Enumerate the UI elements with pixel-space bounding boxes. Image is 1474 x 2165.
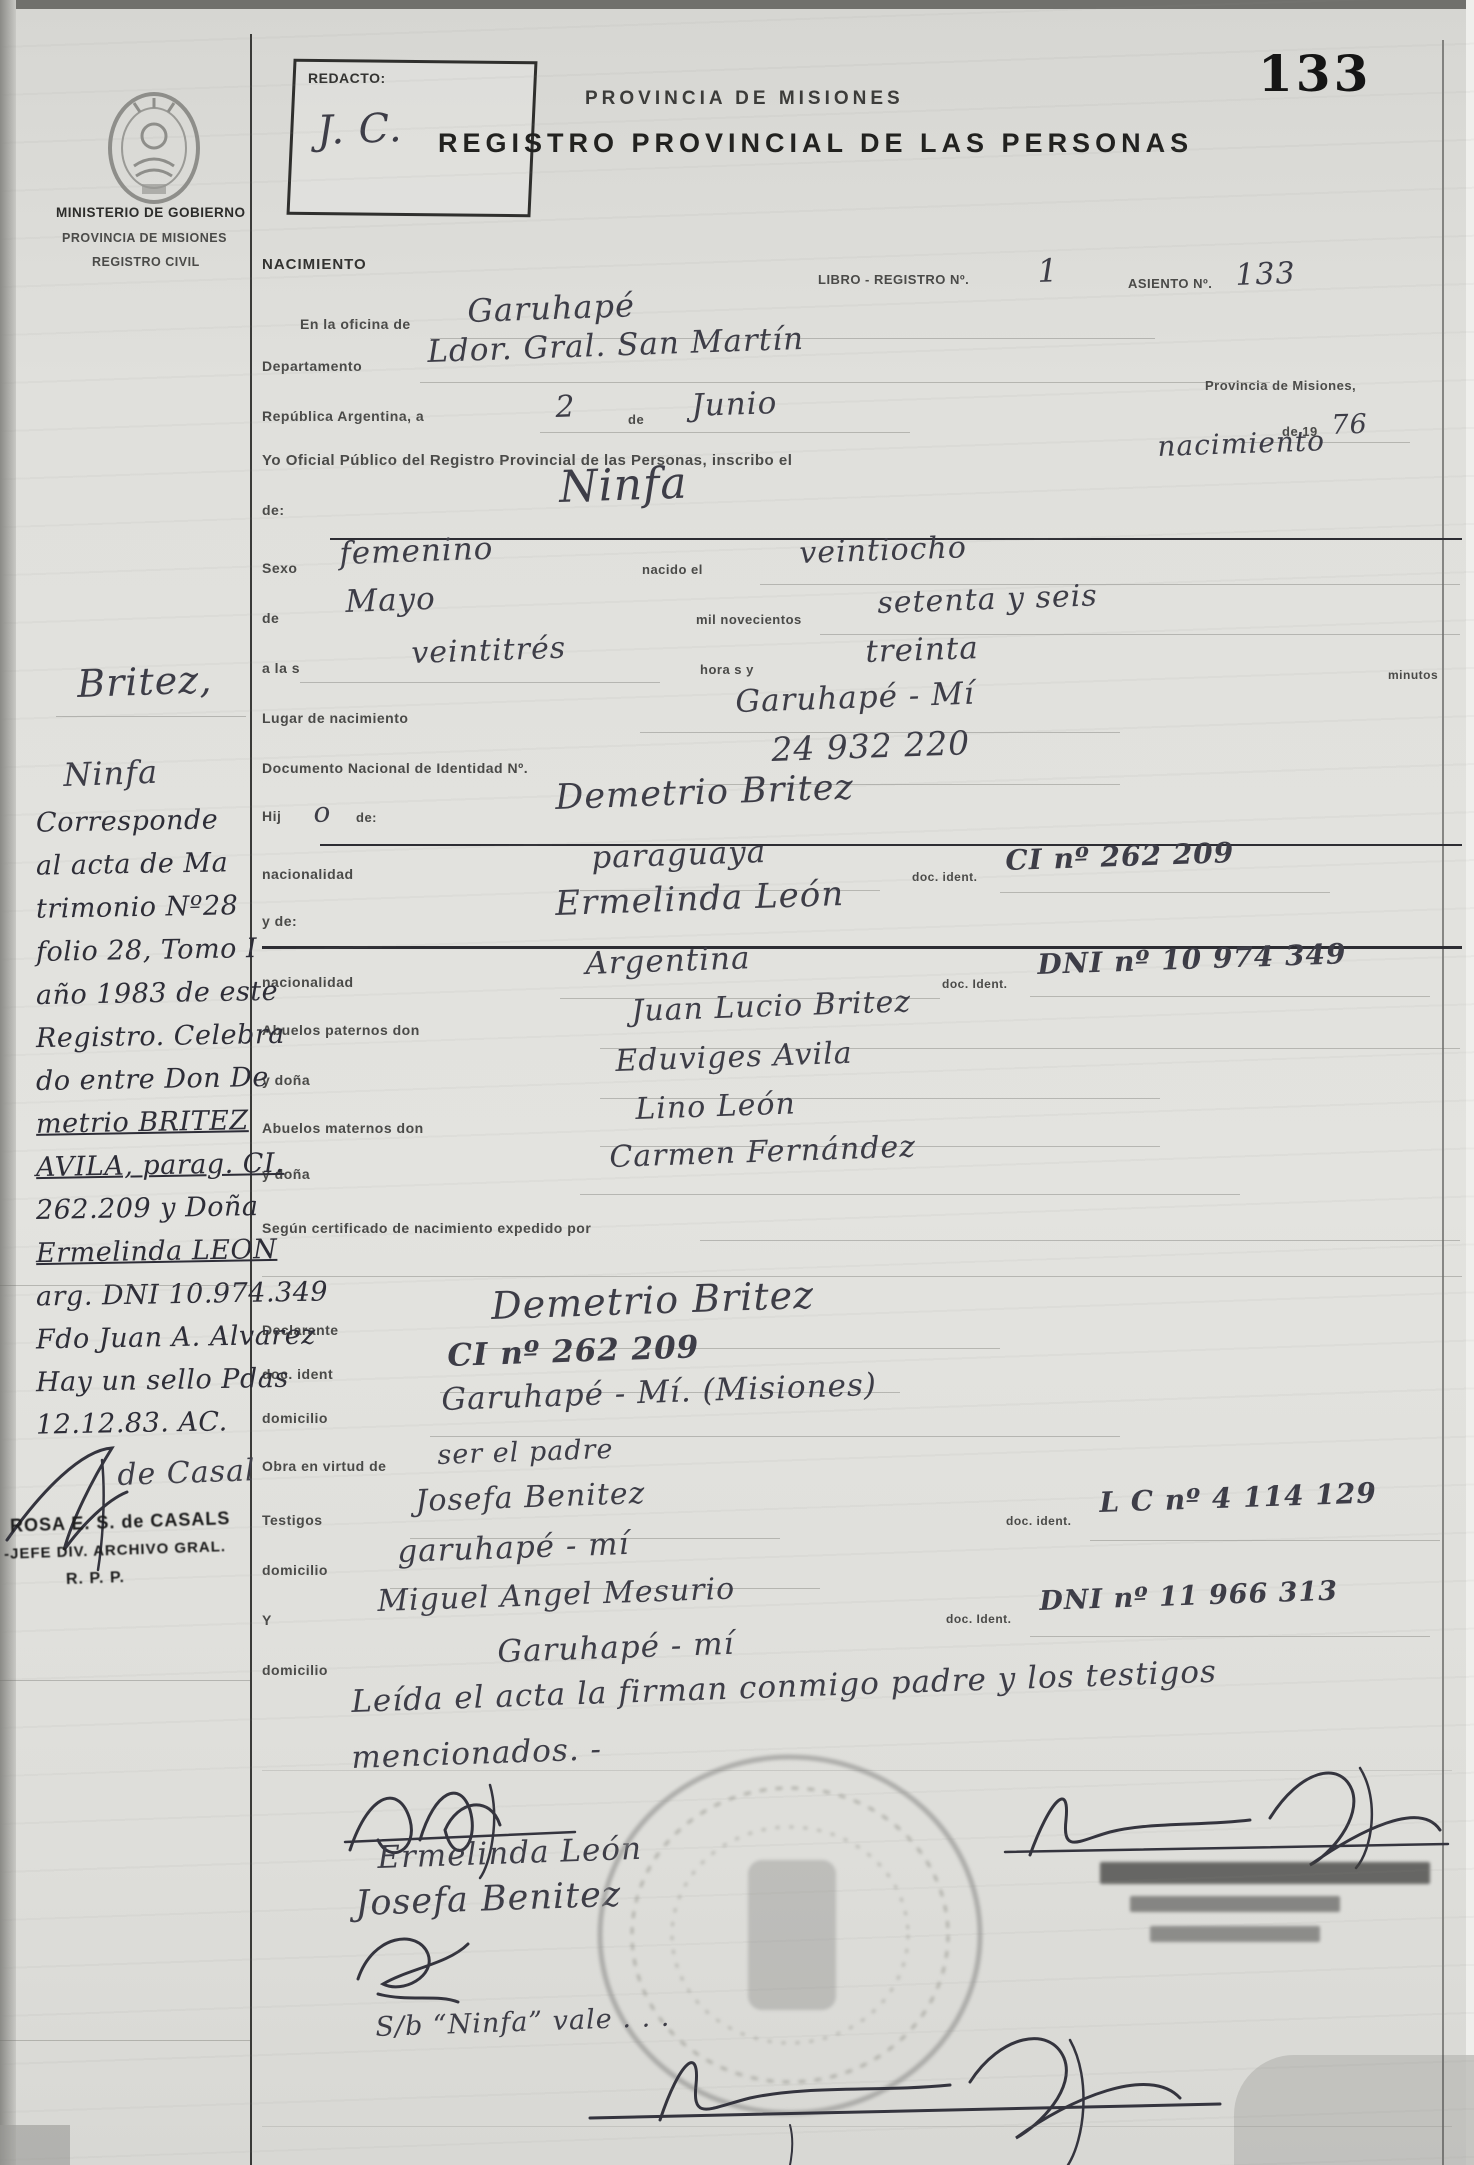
padre-value: Demetrio Britez	[555, 768, 855, 818]
domicilio1-label: domicilio	[262, 1410, 328, 1426]
margin-note-line: do entre Don De	[36, 1062, 269, 1097]
rubber-stamp-line1	[1100, 1862, 1430, 1884]
minutos-label: minutos	[1388, 668, 1438, 682]
testigo1-value: Josefa Benitez	[415, 1476, 646, 1519]
testigo2-value: Miguel Angel Mesurio	[377, 1572, 736, 1619]
header-province: PROVINCIA DE MISIONES	[585, 88, 904, 110]
doc-testigo2-value: DNI nº 11 966 313	[1039, 1576, 1339, 1617]
margin-note-line: al acta de Ma	[36, 847, 229, 881]
sexo-label: Sexo	[262, 560, 297, 576]
scan-edge-left	[0, 0, 16, 2165]
doc2-value: DNI nº 10 974 349	[1037, 937, 1347, 981]
dni-value: 24 932 220	[771, 723, 971, 769]
signature-official-bottom	[580, 2030, 1240, 2165]
archive-stamp-line3: R. P. P.	[66, 1569, 126, 1589]
scanned-birth-certificate: 133 REDACTO: J. C. PROVINCIA DE MISIONES…	[0, 0, 1474, 2165]
testigos-label: Testigos	[262, 1512, 323, 1528]
y-testigo-label: Y	[262, 1612, 272, 1628]
nacionalidad1-label: nacionalidad	[262, 866, 354, 882]
margin-note-line: Ermelinda LEON	[36, 1234, 278, 1269]
scan-shadow-bottom-left	[0, 2125, 70, 2165]
domicilio2-label: domicilio	[262, 1562, 328, 1578]
obra-label: Obra en virtud de	[262, 1458, 386, 1474]
doc-testigo1-label: doc. ident.	[1006, 1514, 1072, 1528]
redacto-initials: J. C.	[316, 105, 403, 154]
hora2-label: hora s y	[700, 662, 754, 677]
obra-value: ser el padre	[437, 1434, 614, 1471]
scan-edge-top	[0, 0, 1474, 9]
asiento-label: ASIENTO Nº.	[1128, 276, 1212, 291]
doc-testigo1-value: L C nº 4 114 129	[1099, 1476, 1377, 1519]
departamento-label: Departamento	[262, 358, 362, 374]
certificado-label: Según certificado de nacimiento expedido…	[262, 1220, 591, 1236]
oficina-value: Garuhapé	[467, 286, 636, 330]
abuelos-maternos-label: Abuelos maternos don	[262, 1120, 424, 1136]
page-number: 133	[1258, 44, 1371, 103]
oficial-label: Yo Oficial Público del Registro Provinci…	[262, 452, 792, 469]
libro-registro-value: 1	[1037, 251, 1060, 290]
father-underline	[320, 844, 1462, 846]
oficial-value: nacimiento	[1157, 424, 1326, 463]
margin-note-line: Fdo Juan A. Alvarez	[36, 1320, 316, 1356]
scan-shadow-bottom-right	[1234, 2055, 1474, 2165]
domicilio3-label: domicilio	[262, 1662, 328, 1678]
margin-note-line: Corresponde	[36, 804, 219, 838]
nombre-value: Ninfa	[558, 458, 688, 513]
nacido-label: nacido el	[642, 562, 703, 577]
margin-note-line: Registro. Celebra	[36, 1019, 285, 1054]
sexo-value: femenino	[339, 531, 494, 572]
margin-note-line: trimonio Nº28	[36, 890, 239, 925]
ministry-line1: MINISTERIO DE GOBIERNO	[56, 205, 246, 220]
provincial-crest	[96, 88, 212, 210]
de-nombre-label: de:	[262, 502, 285, 518]
margin-note-line: folio 28, Tomo I	[36, 933, 258, 968]
anio-value: 76	[1331, 409, 1368, 441]
lugar-label: Lugar de nacimiento	[262, 710, 408, 726]
hora-value: veintitrés	[411, 631, 567, 671]
oficina-label: En la oficina de	[300, 316, 411, 332]
abuela-materna-value: Carmen Fernández	[609, 1129, 917, 1175]
abuelo-materno-value: Lino León	[635, 1086, 797, 1127]
margin-given-name: Ninfa	[63, 753, 159, 794]
y-dona1-label: y doña	[262, 1072, 310, 1088]
hora-label: a la s	[262, 660, 300, 676]
asiento-value: 133	[1235, 256, 1296, 293]
nacionalidad2-value: Argentina	[585, 940, 751, 982]
nacido-value: veintiocho	[799, 530, 968, 571]
declarante-value: Demetrio Britez	[490, 1273, 814, 1328]
scan-edge-right	[1466, 0, 1474, 2165]
doc2-label: doc. Ident.	[942, 977, 1008, 991]
libro-registro-label: LIBRO - REGISTRO Nº.	[818, 272, 969, 287]
signature-scrawl-small	[348, 1924, 498, 2004]
de-label: de	[628, 412, 644, 427]
doc1-value: CI nº 262 209	[1005, 836, 1235, 877]
siglo-value: setenta y seis	[877, 578, 1098, 621]
margin-note-line: arg. DNI 10.974.349	[36, 1276, 329, 1312]
domicilio3-value: Garuhapé - mí	[497, 1626, 735, 1670]
abuelo-paterno-value: Juan Lucio Britez	[631, 984, 912, 1029]
mes-nac-label: de	[262, 610, 279, 626]
ministry-line2: PROVINCIA DE MISIONES	[62, 231, 227, 245]
hijo-label: Hij	[262, 808, 281, 824]
margin-note-line: 262.209 y Doña	[36, 1191, 259, 1226]
doc1-label: doc. ident.	[912, 870, 978, 884]
provincia-note: Provincia de Misiones,	[1205, 378, 1356, 393]
minutos-value: treinta	[865, 630, 980, 670]
nacionalidad1-value: paraguaya	[591, 834, 767, 876]
domicilio1-value: Garuhapé - Mí. (Misiones)	[441, 1367, 878, 1418]
domicilio2-value: garuhapé - mí	[397, 1526, 630, 1570]
closing-line1: Leída el acta la firman conmigo padre y …	[351, 1654, 1218, 1720]
archive-signature-name: de Casal	[117, 1453, 256, 1493]
doc-testigo2-label: doc. Ident.	[946, 1612, 1012, 1626]
siglo-label: mil novecientos	[696, 612, 802, 627]
ministry-line3: REGISTRO CIVIL	[92, 255, 200, 269]
abuelos-paternos-label: Abuelos paternos don	[262, 1022, 420, 1038]
margin-divider-line	[250, 34, 252, 2165]
margin-surname: Britez,	[76, 657, 213, 706]
lugar-value: Garuhapé - Mí	[735, 676, 976, 720]
margin-note-line: año 1983 de este	[36, 976, 279, 1011]
abuela-paterna-value: Eduviges Avila	[615, 1036, 853, 1079]
dia-value: 2	[555, 389, 576, 425]
rubber-stamp-line3	[1150, 1926, 1320, 1942]
margin-note-line: AVILA, parag. CI.	[36, 1148, 285, 1183]
mes-value: Junio	[691, 385, 778, 424]
margin-note-line: metrio BRITEZ	[36, 1105, 249, 1140]
doc-declarante-value: CI nº 262 209	[447, 1329, 700, 1374]
hijo-de-label: de:	[356, 810, 377, 825]
section-nacimiento-label: NACIMIENTO	[262, 256, 367, 273]
dni-label: Documento Nacional de Identidad Nº.	[262, 760, 528, 776]
mes-nac-value: Mayo	[345, 581, 437, 620]
y-de-label: y de:	[262, 913, 297, 929]
signature-official-right	[1000, 1760, 1460, 1870]
margin-note-line: Hay un sello Pdas	[36, 1363, 289, 1398]
republica-label: República Argentina, a	[262, 408, 424, 424]
madre-value: Ermelinda León	[555, 874, 845, 924]
hijo-o-value: o	[313, 795, 332, 829]
redacto-label: REDACTO:	[308, 70, 386, 86]
rubber-stamp-line2	[1130, 1896, 1340, 1912]
header-registry-title: REGISTRO PROVINCIAL DE LAS PERSONAS	[438, 128, 1193, 159]
